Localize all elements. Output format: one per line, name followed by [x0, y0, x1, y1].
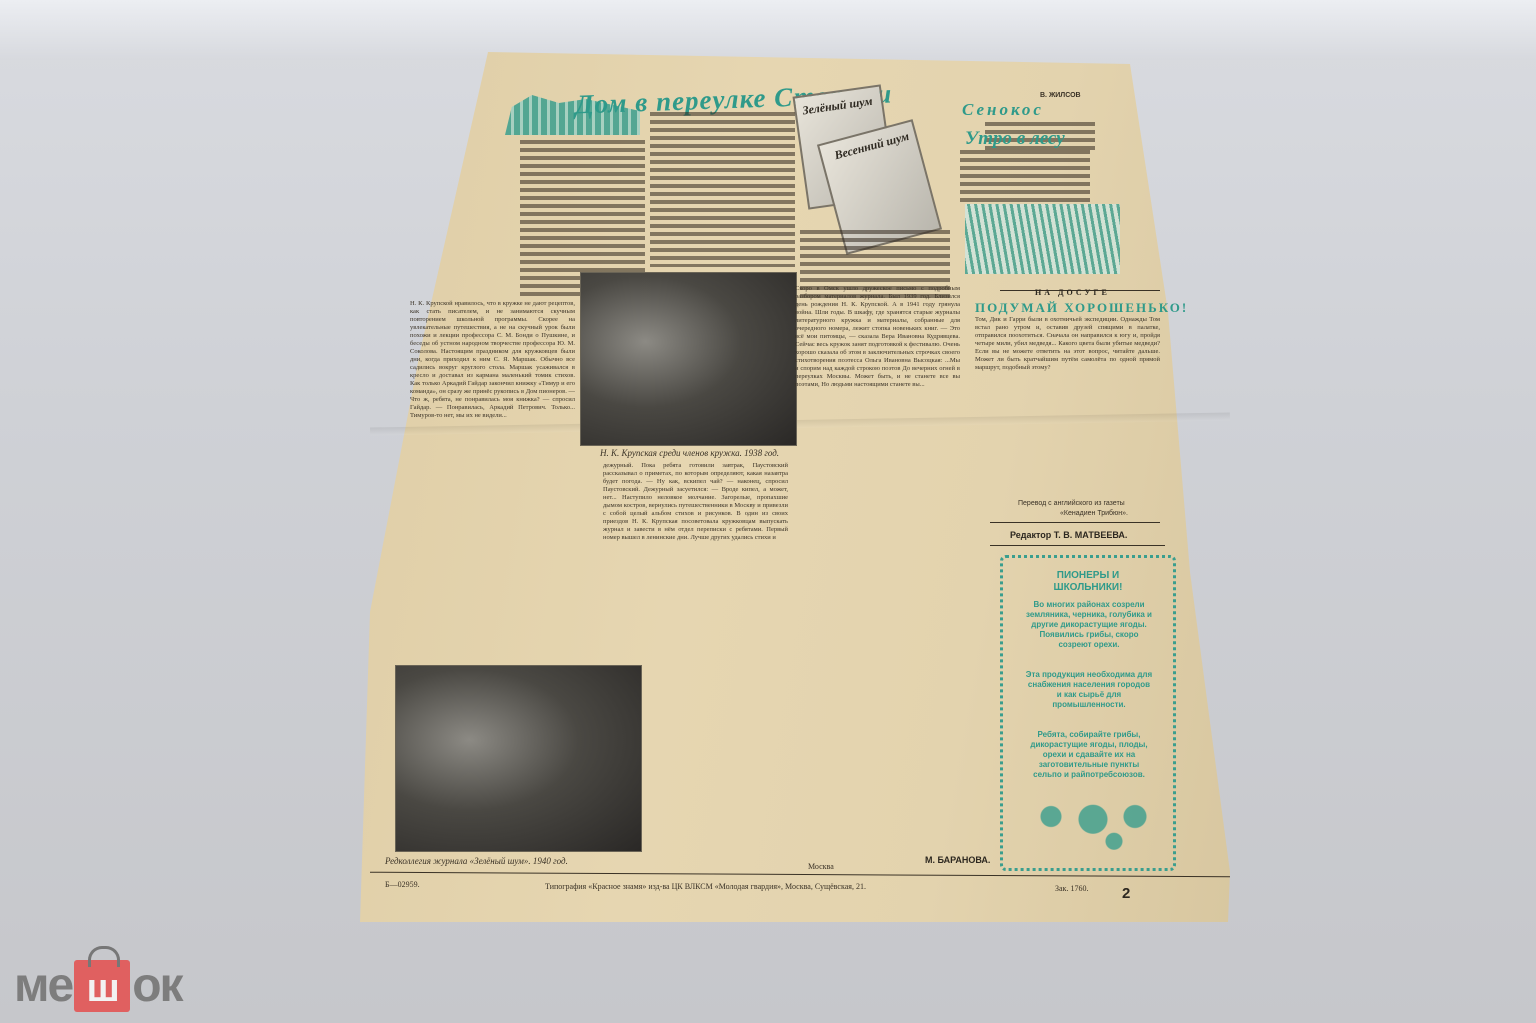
translation-source: «Кенадиен Трибюн».	[1060, 510, 1128, 517]
poem-text-2	[960, 150, 1090, 205]
photo-caption-1: Н. К. Крупская среди членов кружка. 1938…	[600, 448, 779, 458]
author-signature: М. БАРАНОВА.	[925, 855, 990, 865]
translation-credit: Перевод с английского из газеты	[1018, 500, 1125, 507]
mushrooms-illustration	[1030, 800, 1170, 855]
photo-editorial-board	[395, 665, 642, 852]
poem-title-2: Утро в лесу	[965, 128, 1065, 150]
article-col-right: Скоро в Омск ушло дружеское письмо с под…	[795, 285, 960, 830]
article-col-left: Н. К. Крупской нравилось, что в кружке н…	[410, 300, 575, 670]
meshok-watermark: ме ш ок	[14, 958, 182, 1013]
photo-caption-2: Редколлегия журнала «Зелёный шум». 1940 …	[385, 856, 568, 866]
shopping-bag-icon: ш	[74, 960, 130, 1012]
forest-illustration	[965, 204, 1120, 274]
article-col-middle: дежурный. Пока ребята готовили завтрак, …	[603, 462, 788, 662]
footer-order: Зак. 1760.	[1055, 884, 1088, 893]
puzzle-text: Том, Дик и Гарри были в охотничьей экспе…	[975, 316, 1160, 491]
puzzle-title: ПОДУМАЙ ХОРОШЕНЬКО!	[975, 300, 1188, 316]
footer-code: Б—02959.	[385, 880, 420, 889]
watermark-right: ок	[132, 958, 181, 1013]
poster-paragraph-2: Эта продукция необходима для снабжения н…	[1025, 670, 1153, 710]
editor-line: Редактор Т. В. МАТВЕЕВА.	[1010, 530, 1127, 540]
divider	[990, 522, 1160, 523]
article-col-2-top	[650, 112, 795, 267]
background-wall	[0, 0, 1536, 60]
city: Москва	[808, 862, 834, 871]
poet-name: В. ЖИЛСОВ	[1040, 92, 1081, 99]
poster-paragraph-3: Ребята, собирайте грибы, дикорастущие яг…	[1025, 730, 1153, 780]
footer-printer: Типография «Красное знамя» изд-ва ЦК ВЛК…	[545, 882, 866, 891]
photo-krupskaya	[580, 272, 797, 446]
poster-paragraph-1: Во многих районах созрели земляника, чер…	[1025, 600, 1153, 650]
page-number: 2	[1122, 885, 1130, 902]
section-label: НА ДОСУГЕ	[1035, 288, 1110, 297]
poster-title: ПИОНЕРЫ И ШКОЛЬНИКИ!	[1033, 570, 1143, 594]
watermark-left: ме	[14, 958, 72, 1013]
poem-title-1: Сенокос	[962, 100, 1044, 120]
divider	[990, 545, 1165, 546]
